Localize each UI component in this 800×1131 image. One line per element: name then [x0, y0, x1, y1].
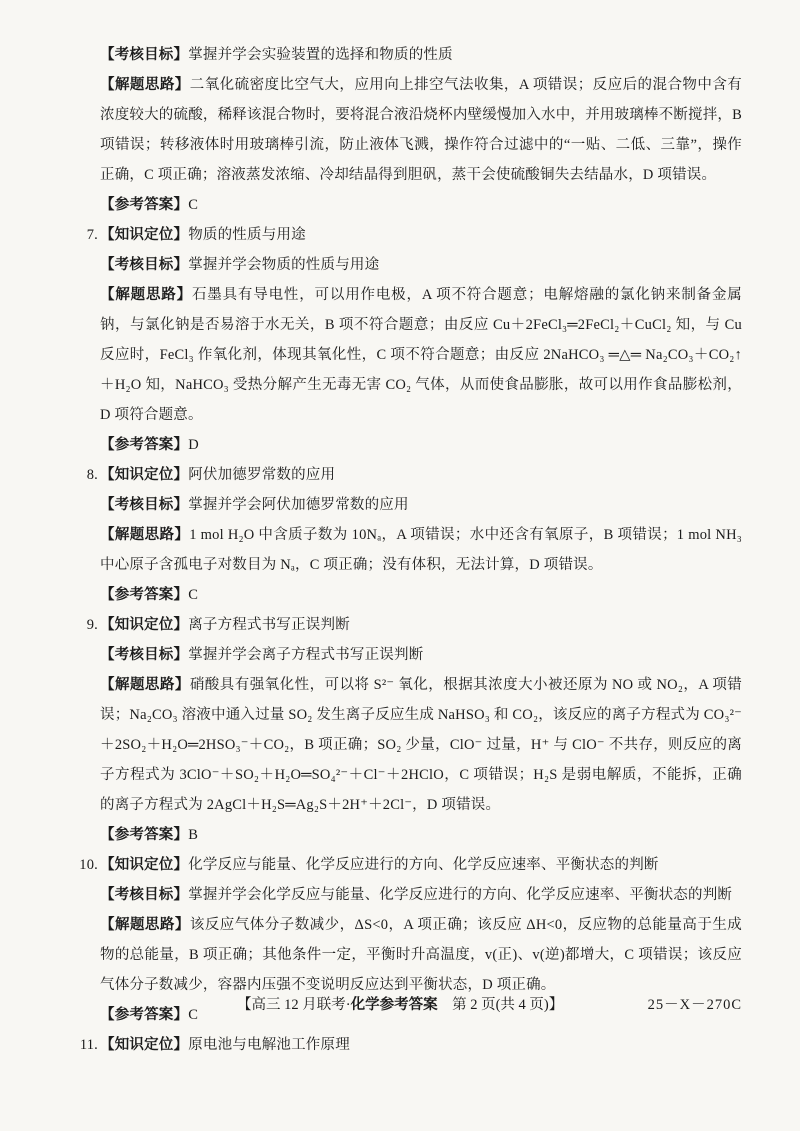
- paragraph-label: 【知识定位】: [100, 857, 188, 873]
- answer-paragraph: 【考核目标】掌握并学会实验装置的选择和物质的性质: [100, 40, 742, 70]
- paragraph-text: 离子方程式书写正误判断: [188, 617, 350, 633]
- answer-paragraph: 【解题思路】硝酸具有强氧化性，可以将 S²⁻ 氧化，根据其浓度大小被还原为 NO…: [100, 670, 742, 820]
- paragraph-text: 物质的性质与用途: [188, 227, 306, 243]
- paragraph-label: 【知识定位】: [100, 617, 188, 633]
- answer-paragraph: 【参考答案】B: [100, 820, 742, 850]
- paragraph-text: D: [188, 437, 199, 453]
- paragraph-text: C: [188, 197, 198, 213]
- footer-title: 【高三 12 月联考·化学参考答案 第 2 页(共 4 页)】: [237, 994, 563, 1016]
- paragraph-label: 【解题思路】: [100, 917, 190, 933]
- question-number: 8.: [87, 460, 100, 490]
- paragraph-text: 掌握并学会离子方程式书写正误判断: [188, 647, 423, 663]
- paragraph-label: 【解题思路】: [100, 287, 192, 303]
- answer-paragraph: 【解题思路】二氧化硫密度比空气大，应用向上排空气法收集，A 项错误；反应后的混合…: [100, 70, 742, 190]
- footer-page-number: 第 2 页(共 4 页)】: [438, 997, 564, 1013]
- paragraph-text: 二氧化硫密度比空气大，应用向上排空气法收集，A 项错误；反应后的混合物中含有浓度…: [100, 77, 742, 183]
- paragraph-label: 【解题思路】: [100, 677, 190, 693]
- paragraph-label: 【解题思路】: [100, 77, 190, 93]
- footer-subject: 化学参考答案: [351, 997, 438, 1013]
- paragraph-text: 石墨具有导电性，可以用作电极，A 项不符合题意；电解熔融的氯化钠来制备金属钠，与…: [100, 287, 742, 423]
- paragraph-label: 【知识定位】: [100, 227, 188, 243]
- question-number: 7.: [87, 220, 100, 250]
- paragraph-text: 1 mol H₂O 中含质子数为 10Nₐ，A 项错误；水中还含有氧原子，B 项…: [100, 527, 742, 573]
- answer-paragraph: 【参考答案】C: [100, 580, 742, 610]
- paragraph-text: 硝酸具有强氧化性，可以将 S²⁻ 氧化，根据其浓度大小被还原为 NO 或 NO₂…: [100, 677, 742, 813]
- answer-paragraph: 11.【知识定位】原电池与电解池工作原理: [100, 1030, 742, 1060]
- paragraph-label: 【参考答案】: [100, 197, 188, 213]
- answer-paragraph: 【解题思路】该反应气体分子数减少，ΔS<0，A 项正确；该反应 ΔH<0，反应物…: [100, 910, 742, 1000]
- paragraph-text: B: [188, 827, 198, 843]
- answer-paragraph: 【考核目标】掌握并学会离子方程式书写正误判断: [100, 640, 742, 670]
- footer-paper-code: 25－X－270C: [648, 994, 742, 1016]
- paragraph-label: 【考核目标】: [100, 647, 188, 663]
- paragraph-text: 该反应气体分子数减少，ΔS<0，A 项正确；该反应 ΔH<0，反应物的总能量高于…: [100, 917, 742, 993]
- answer-paragraph: 10.【知识定位】化学反应与能量、化学反应进行的方向、化学反应速率、平衡状态的判…: [100, 850, 742, 880]
- paragraph-label: 【考核目标】: [100, 887, 188, 903]
- answer-paragraph: 7.【知识定位】物质的性质与用途: [100, 220, 742, 250]
- paragraph-text: 掌握并学会阿伏加德罗常数的应用: [188, 497, 409, 513]
- paragraph-label: 【参考答案】: [100, 587, 188, 603]
- answer-paragraph: 【解题思路】1 mol H₂O 中含质子数为 10Nₐ，A 项错误；水中还含有氧…: [100, 520, 742, 580]
- answer-paragraph: 8.【知识定位】阿伏加德罗常数的应用: [100, 460, 742, 490]
- question-number: 9.: [87, 610, 100, 640]
- paragraph-label: 【考核目标】: [100, 47, 188, 63]
- footer-exam-name: 【高三 12 月联考·: [237, 997, 351, 1013]
- paragraph-label: 【知识定位】: [100, 467, 188, 483]
- answer-paragraph: 9.【知识定位】离子方程式书写正误判断: [100, 610, 742, 640]
- scanned-answer-key-page: 【考核目标】掌握并学会实验装置的选择和物质的性质【解题思路】二氧化硫密度比空气大…: [0, 0, 800, 1131]
- paragraph-label: 【考核目标】: [100, 497, 188, 513]
- paragraph-text: 掌握并学会实验装置的选择和物质的性质: [188, 47, 453, 63]
- paragraph-label: 【参考答案】: [100, 437, 188, 453]
- paragraph-text: 阿伏加德罗常数的应用: [188, 467, 335, 483]
- answer-list: 【考核目标】掌握并学会实验装置的选择和物质的性质【解题思路】二氧化硫密度比空气大…: [100, 40, 742, 1060]
- paragraph-text: C: [188, 587, 198, 603]
- answer-paragraph: 【参考答案】C: [100, 190, 742, 220]
- paragraph-label: 【知识定位】: [100, 1037, 188, 1053]
- paragraph-text: 掌握并学会物质的性质与用途: [188, 257, 379, 273]
- paragraph-text: 原电池与电解池工作原理: [188, 1037, 350, 1053]
- answer-paragraph: 【考核目标】掌握并学会化学反应与能量、化学反应进行的方向、化学反应速率、平衡状态…: [100, 880, 742, 910]
- question-number: 10.: [79, 850, 100, 880]
- paragraph-text: 化学反应与能量、化学反应进行的方向、化学反应速率、平衡状态的判断: [188, 857, 658, 873]
- page-footer: 【高三 12 月联考·化学参考答案 第 2 页(共 4 页)】 25－X－270…: [0, 994, 800, 1016]
- question-number: 11.: [80, 1030, 100, 1060]
- answer-paragraph: 【解题思路】石墨具有导电性，可以用作电极，A 项不符合题意；电解熔融的氯化钠来制…: [100, 280, 742, 430]
- answer-paragraph: 【考核目标】掌握并学会阿伏加德罗常数的应用: [100, 490, 742, 520]
- paragraph-label: 【解题思路】: [100, 527, 189, 543]
- answer-paragraph: 【参考答案】D: [100, 430, 742, 460]
- paragraph-text: 掌握并学会化学反应与能量、化学反应进行的方向、化学反应速率、平衡状态的判断: [188, 887, 732, 903]
- paragraph-label: 【参考答案】: [100, 827, 188, 843]
- answer-paragraph: 【考核目标】掌握并学会物质的性质与用途: [100, 250, 742, 280]
- paragraph-label: 【考核目标】: [100, 257, 188, 273]
